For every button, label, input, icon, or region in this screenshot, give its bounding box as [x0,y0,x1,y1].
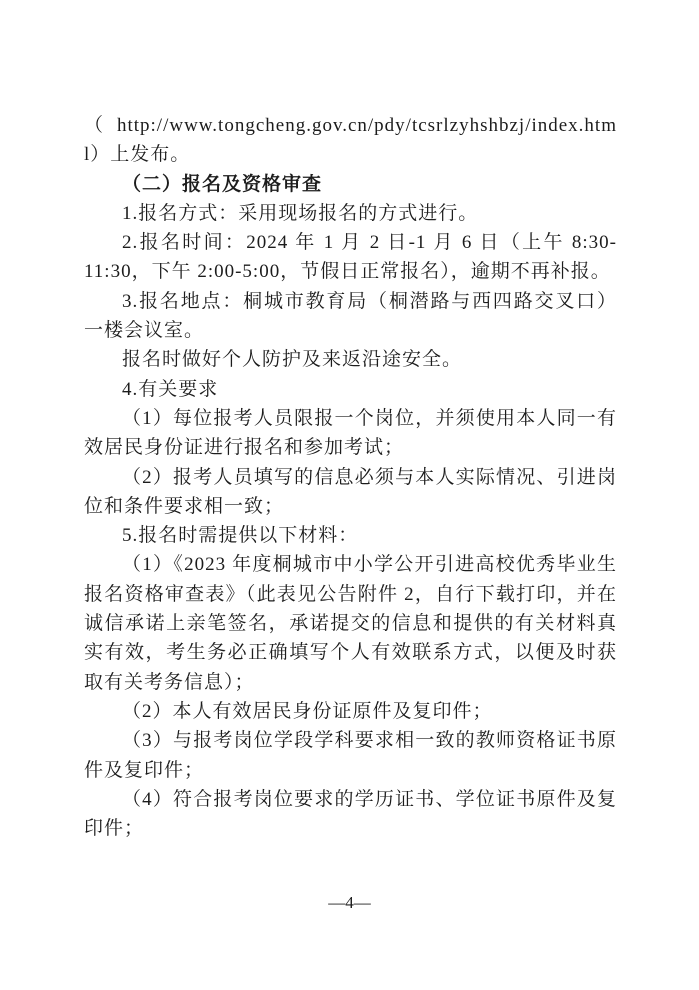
section-heading: （二）报名及资格审查 [84,170,617,199]
paragraph: （1）《2023 年度桐城市中小学公开引进高校优秀毕业生报名资格审查表》（此表见… [84,550,617,696]
page-footer: —4— [0,893,699,913]
paragraph: 4.有关要求 [84,375,617,404]
paragraph: （1）每位报考人员限报一个岗位，并须使用本人同一有效居民身份证进行报名和参加考试… [84,404,617,463]
paragraph: （2）报考人员填写的信息必须与本人实际情况、引进岗位和条件要求相一致； [84,463,617,522]
paragraph: 2.报名时间：2024 年 1 月 2 日-1 月 6 日（上午 8:30-11… [84,228,617,287]
paragraph: 5.报名时需提供以下材料： [84,521,617,550]
paragraph: （3）与报考岗位学段学科要求相一致的教师资格证书原件及复印件； [84,726,617,785]
paragraph: （4）符合报考岗位要求的学历证书、学位证书原件及复印件； [84,785,617,844]
paragraph: 报名时做好个人防护及来返沿途安全。 [84,345,617,374]
paragraph: 3.报名地点：桐城市教育局（桐潜路与西四路交叉口）一楼会议室。 [84,287,617,346]
paragraph: 1.报名方式：采用现场报名的方式进行。 [84,199,617,228]
paragraph: （2）本人有效居民身份证原件及复印件； [84,697,617,726]
document-body: （http://www.tongcheng.gov.cn/pdy/tcsrlzy… [84,111,617,843]
paragraph: （http://www.tongcheng.gov.cn/pdy/tcsrlzy… [84,111,617,170]
document-page: （http://www.tongcheng.gov.cn/pdy/tcsrlzy… [0,0,699,990]
page-number: —4— [328,893,371,912]
